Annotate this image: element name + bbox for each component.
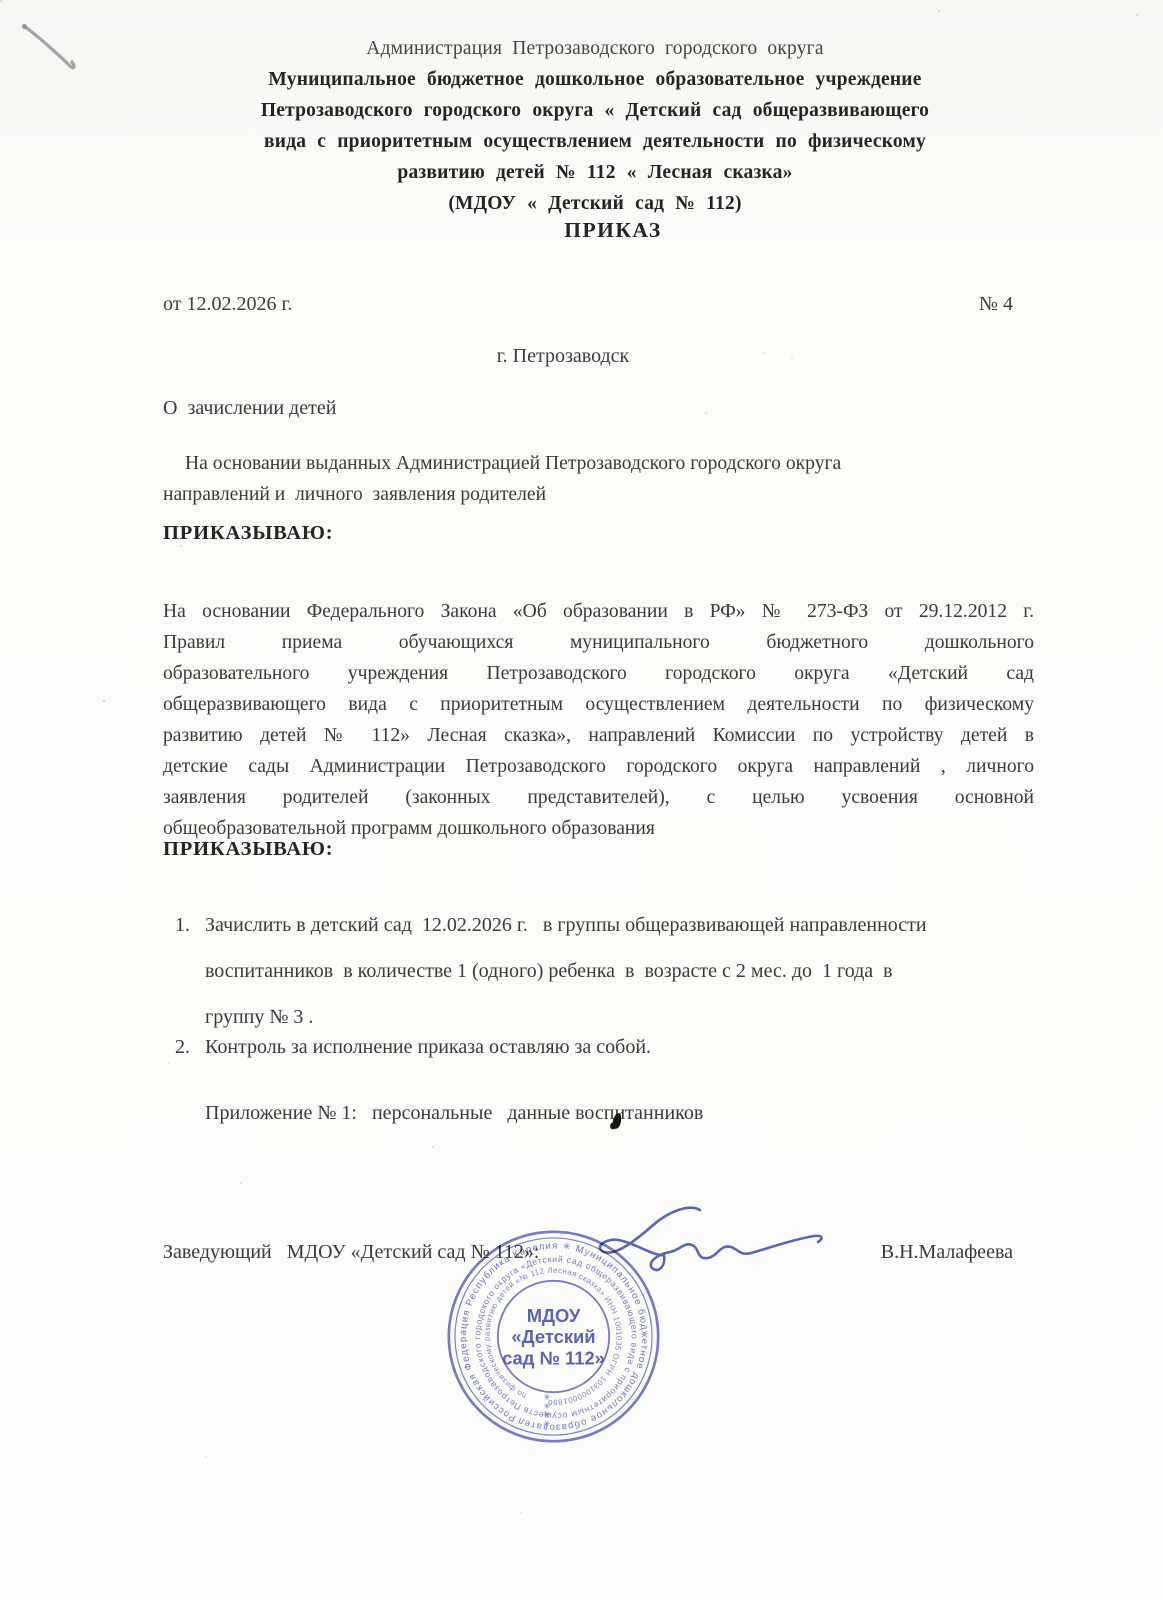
attachment-line: Приложение № 1: персональные данные восп… (205, 1102, 703, 1125)
item-number: 1. (175, 902, 190, 948)
header-institution-line-1: Муниципальное бюджетное дошкольное образ… (120, 64, 1070, 95)
item-line: воспитанников в количестве 1 (одного) ре… (205, 948, 1033, 994)
main-line: заявления родителей (законных представит… (163, 782, 1034, 813)
main-line: детские сады Администрации Петрозаводско… (163, 751, 1034, 782)
header-institution-short-name: (МДОУ « Детский сад № 112) (120, 188, 1070, 219)
scan-specks (0, 0, 2, 2)
header-institution-line-2: Петрозаводского городского округа « Детс… (120, 95, 1070, 126)
item-number: 2. (175, 1024, 190, 1070)
stamp-center-line-1: МДОУ (527, 1305, 581, 1326)
item-line: Зачислить в детский сад 12.02.2026 г. в … (205, 902, 1033, 948)
subject-line: О зачислении детей (163, 397, 336, 420)
signatory-name: В.Н.Малафеева (881, 1241, 1013, 1264)
main-line: На основании Федерального Закона «Об обр… (163, 596, 1034, 627)
city-line: г. Петрозаводск (163, 345, 963, 368)
header-institution-line-3: вида с приоритетным осуществлением деяте… (120, 126, 1070, 157)
header-administration-line: Администрация Петрозаводского городского… (120, 33, 1070, 64)
item-line: Контроль за исполнение приказа оставляю … (205, 1024, 1033, 1070)
basis-line: направлений и личного заявления родителе… (163, 479, 1034, 510)
basis-line: На основании выданных Администрацией Пет… (163, 448, 1034, 479)
header-block: Администрация Петрозаводского городского… (120, 33, 1070, 219)
document-title: ПРИКАЗ (163, 218, 1063, 243)
main-line: общеразвивающего вида с приоритетным осу… (163, 689, 1034, 720)
main-line: развитию детей № 112» Лесная сказка», на… (163, 720, 1034, 751)
stamp-center-line-3: сад № 112» (502, 1347, 605, 1368)
main-line: образовательного учреждения Петрозаводск… (163, 658, 1034, 689)
order-item-2: 2. Контроль за исполнение приказа оставл… (175, 1024, 1033, 1070)
order-item-1: 1. Зачислить в детский сад 12.02.2026 г.… (175, 902, 1033, 1040)
stamp-star: ✳ (543, 1419, 550, 1429)
document-number: № 4 (979, 293, 1013, 316)
order-keyword-1: ПРИКАЗЫВАЮ: (163, 522, 333, 545)
date-number-row: от 12.02.2026 г. № 4 (163, 293, 1013, 316)
basis-paragraph: На основании выданных Администрацией Пет… (163, 448, 1034, 510)
stamp-center-line-2: «Детский (511, 1326, 595, 1347)
document-page: Администрация Петрозаводского городского… (0, 0, 1163, 1600)
pen-scratch-mark (8, 10, 108, 100)
main-paragraph: На основании Федерального Закона «Об обр… (163, 596, 1034, 844)
handwritten-signature (552, 1200, 842, 1290)
date-line: от 12.02.2026 г. (163, 293, 292, 315)
order-keyword-2: ПРИКАЗЫВАЮ: (163, 838, 333, 861)
header-institution-line-4: развитию детей № 112 « Лесная сказка» (120, 157, 1070, 188)
main-line: Правил приема обучающихся муниципального… (163, 627, 1034, 658)
